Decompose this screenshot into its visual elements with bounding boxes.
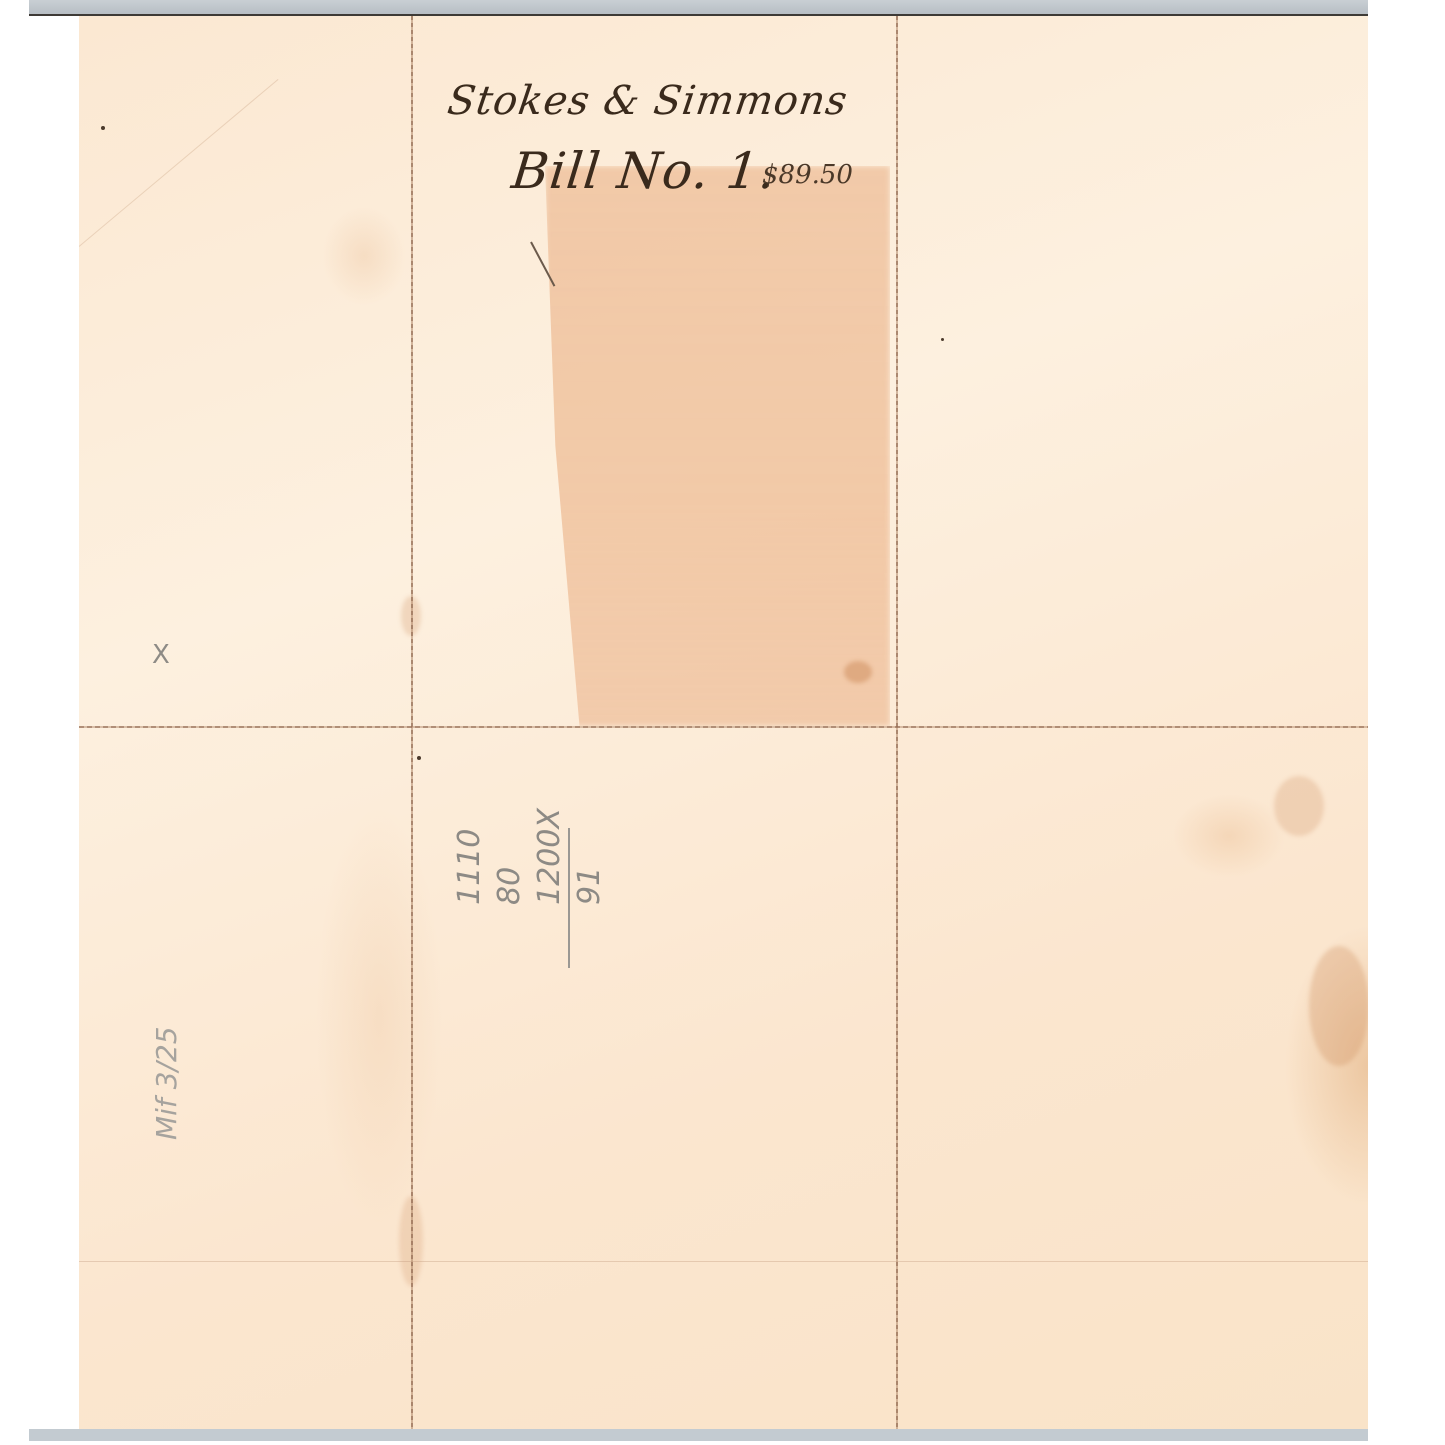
pencil-margin-mark: X bbox=[152, 640, 170, 670]
pencil-rule-line bbox=[568, 828, 570, 968]
fold-line-right bbox=[896, 16, 898, 1429]
crease-lower bbox=[79, 1261, 1368, 1262]
speck bbox=[101, 126, 105, 130]
speck bbox=[941, 338, 944, 341]
fold-line-middle bbox=[79, 726, 1368, 728]
scanner-edge-top bbox=[29, 0, 1368, 16]
crease-diagonal bbox=[79, 79, 278, 247]
scanner-edge-bottom bbox=[29, 1429, 1368, 1441]
document-sheet bbox=[79, 16, 1368, 1429]
water-stain bbox=[545, 166, 890, 726]
stain-spot bbox=[1274, 776, 1324, 836]
fold-line-left bbox=[411, 16, 413, 1429]
docket-bill-number: Bill No. 1. bbox=[509, 142, 779, 200]
stain-spot bbox=[844, 661, 872, 683]
speck bbox=[417, 756, 421, 760]
docket-firm-name: Stokes & Simmons bbox=[445, 78, 851, 124]
docket-amount: $89.50 bbox=[762, 160, 853, 190]
stain-spot bbox=[1309, 946, 1368, 1066]
pencil-margin-note: Mif 3/25 bbox=[150, 1026, 183, 1140]
pencil-calculation: 1110 80 1200X 91 bbox=[450, 808, 610, 905]
